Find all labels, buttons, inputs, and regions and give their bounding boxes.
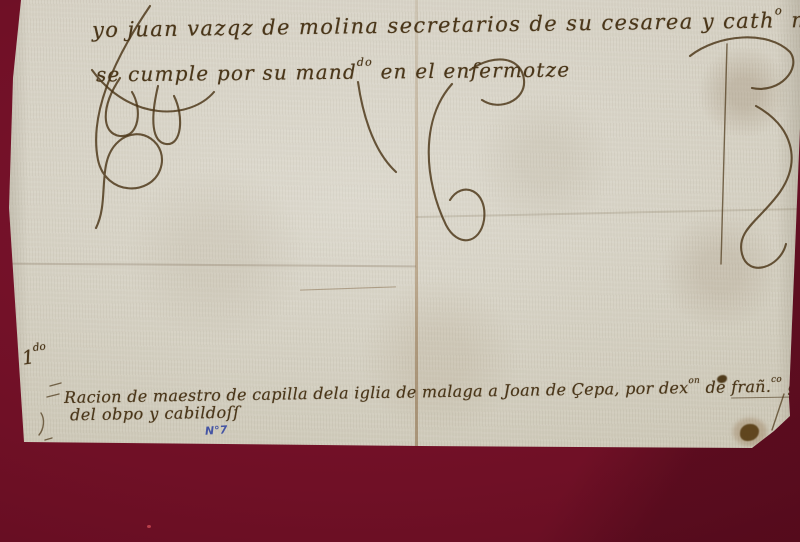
photo-stage: yo juan vazqz de molina secretarios de s…	[0, 0, 800, 542]
pendant-loop-2	[153, 86, 180, 144]
margin-number-superscript: do	[32, 340, 47, 354]
modern-blue-annotation: N°7	[205, 423, 228, 438]
red-speck	[147, 525, 151, 528]
top-line2-text-2: en el enfermotze	[373, 58, 571, 84]
long-right-descender	[721, 44, 727, 264]
underlined-name-superscript: co	[771, 374, 782, 384]
descender-stroke	[358, 82, 396, 172]
top-line2-text: se cumple por su mand	[96, 60, 357, 87]
line1-tail-loop	[690, 37, 793, 89]
pendant-loop-1	[106, 78, 138, 136]
docket-line1-superscript-1: on	[688, 376, 700, 386]
right-pendant-loop	[429, 84, 485, 240]
right-rubric-loops	[741, 106, 792, 268]
top-line1-text-2: mag	[783, 8, 800, 33]
margin-tick-2	[47, 394, 59, 397]
underlined-name-base: frañ.	[731, 377, 771, 397]
docket-line2-text: del obpo y cabildoſſ	[70, 403, 240, 425]
margin-docket-number: 1do	[21, 344, 49, 369]
top-text-line-2: se cumple por su manddo en el enfermotze	[96, 58, 571, 87]
margin-tick-4	[45, 438, 52, 440]
top-line1-superscript-1: o	[775, 3, 784, 17]
docket-text-line-2: del obpo y cabildoſſ	[70, 403, 240, 425]
margin-tick-3	[39, 413, 43, 435]
docket-line1-text-2: de	[700, 377, 731, 396]
top-line2-superscript: do	[357, 56, 373, 69]
margin-tick-1	[50, 383, 61, 386]
